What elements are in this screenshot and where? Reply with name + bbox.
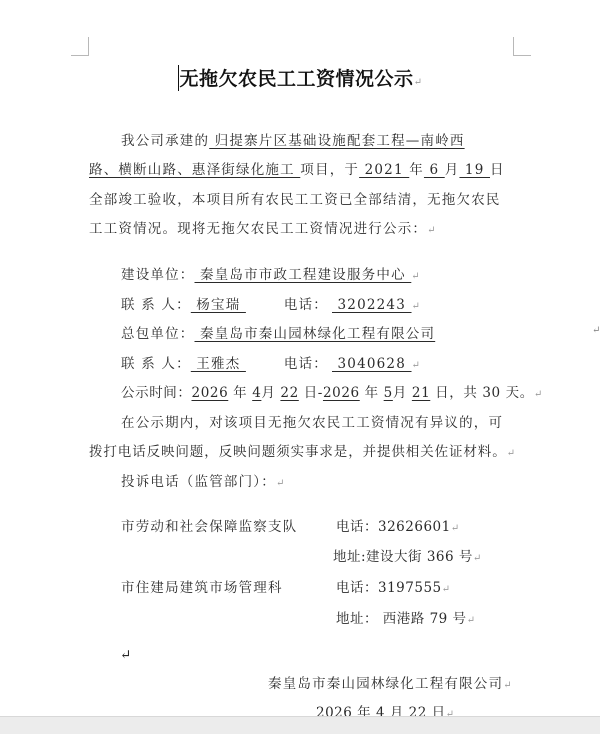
period-label: 公示时间：	[121, 385, 192, 401]
period-line: 公示时间：2026 年 4月 22 日-2026 年 5月 21 日，共 30 …	[121, 381, 543, 401]
paragraph-mark-icon: ↵	[276, 478, 286, 489]
completion-month: 6	[424, 162, 445, 178]
margin-corner-mark-top-left	[71, 37, 89, 56]
paragraph-mark-icon: ↵	[467, 615, 476, 626]
period-tail: 日，共 30 天。	[435, 385, 534, 401]
document-title[interactable]: 无拖欠农民工工资情况公示↵	[0, 64, 600, 91]
paragraph-mark-icon: ↵	[592, 325, 600, 336]
department-1-name: 市劳动和社会保障监察支队	[121, 515, 297, 535]
text: 工工资情况。现将无拖欠农民工工资情况进行公示：	[89, 221, 427, 237]
contact2-line: 联 系 人： 王雅杰 电话： 3040628 ↵	[121, 352, 421, 372]
text: 我公司承建的	[121, 133, 209, 149]
paragraph-mark-icon: ↵	[473, 553, 482, 564]
para1-line1: 我公司承建的 归提寨片区基础设施配套工程—南岭西	[121, 129, 465, 149]
contractor-value: 秦皇岛市秦山园林绿化工程有限公司	[195, 326, 436, 342]
builder-value: 秦皇岛市市政工程建设服务中心	[195, 267, 412, 283]
text: 月	[393, 385, 407, 401]
paragraph-mark-icon: ↵	[412, 301, 422, 312]
contractor-label: 总包单位：	[121, 326, 195, 342]
paragraph-mark-icon: ↵	[412, 360, 422, 371]
department-2-phone: 电话：3197555↵	[336, 576, 451, 596]
end-day: 21	[412, 385, 430, 401]
phone2-label: 电话：	[284, 356, 328, 372]
contact1-line: 联 系 人： 杨宝瑞 电话： 3202243 ↵	[121, 293, 421, 313]
paragraph-mark-icon: ↵	[442, 584, 451, 595]
paragraph-mark-icon: ↵	[451, 523, 460, 534]
para1-line4: 工工资情况。现将无拖欠农民工工资情况进行公示：↵	[89, 217, 437, 237]
signature-company: 秦皇岛市秦山园林绿化工程有限公司↵	[268, 672, 513, 692]
completion-year: 2021	[359, 162, 409, 178]
department-2-address: 地址： 西港路 79 号↵	[336, 607, 475, 627]
paragraph-mark-icon: ↵	[411, 271, 421, 282]
text: 日	[490, 162, 505, 178]
start-year: 2026	[192, 385, 229, 401]
builder-line: 建设单位： 秦皇岛市市政工程建设服务中心 ↵	[121, 263, 421, 283]
text: 投诉电话（监管部门）：	[121, 474, 276, 490]
text: 年	[409, 162, 424, 178]
text: 项目，于	[300, 162, 359, 178]
paragraph-mark-icon: ↵	[427, 225, 437, 236]
contractor-line: 总包单位： 秦皇岛市秦山园林绿化工程有限公司	[121, 322, 435, 342]
contact2-name: 王雅杰	[191, 356, 260, 372]
text: 年	[365, 385, 379, 401]
department-2-name: 市住建局建筑市场管理科	[121, 576, 283, 596]
para1-line2: 路、横断山路、惠泽街绿化施工 项目，于 2021 年 6 月 19 日	[89, 158, 505, 178]
document-page[interactable]: 无拖欠农民工工资情况公示↵ 我公司承建的 归提寨片区基础设施配套工程—南岭西 路…	[0, 0, 600, 716]
contact1-name: 杨宝瑞	[191, 297, 260, 313]
para2-line2: 拨打电话反映问题，反映问题须实事求是，并提供相关佐证材料。↵	[89, 440, 516, 460]
title-text: 无拖欠农民工工资情况公示	[180, 68, 414, 90]
phone2-value: 3040628	[328, 356, 412, 372]
text: 拨打电话反映问题，反映问题须实事求是，并提供相关佐证材料。	[89, 444, 507, 460]
text: 电话：32626601	[336, 519, 451, 535]
contact1-label: 联 系 人：	[121, 297, 191, 313]
text-cursor	[178, 65, 179, 91]
text: 日-	[304, 385, 323, 401]
start-month: 4	[252, 385, 261, 401]
phone1-value: 3202243	[328, 297, 412, 313]
text: 电话：3197555	[336, 580, 442, 596]
para2-line1: 在公示期内，对该项目无拖欠农民工工资情况有异议的，可	[121, 411, 503, 431]
para1-line3: 全部竣工验收，本项目所有农民工工资已全部结清，无拖欠农民	[89, 188, 501, 208]
margin-corner-mark-top-right	[513, 37, 531, 56]
start-day: 22	[280, 385, 298, 401]
paragraph-mark-icon: ↵	[507, 448, 516, 459]
end-month: 5	[384, 385, 393, 401]
text: 地址： 西港路 79 号	[336, 611, 467, 627]
complaint-label: 投诉电话（监管部门）：↵	[121, 470, 286, 490]
paragraph-mark-icon: ↵	[534, 389, 543, 400]
department-1-address: 地址:建设大街 366 号↵	[333, 545, 482, 565]
paragraph-mark-icon: ↵	[120, 647, 133, 663]
completion-day: 19	[459, 162, 490, 178]
project-name-cont: 路、横断山路、惠泽街绿化施工	[89, 162, 300, 178]
contact2-label: 联 系 人：	[121, 356, 191, 372]
text: 月	[445, 162, 460, 178]
phone1-label: 电话：	[284, 297, 328, 313]
project-name: 归提寨片区基础设施配套工程—南岭西	[209, 133, 464, 149]
text: 秦皇岛市秦山园林绿化工程有限公司	[268, 676, 503, 692]
builder-label: 建设单位：	[121, 267, 195, 283]
end-year: 2026	[323, 385, 360, 401]
text: 年	[233, 385, 247, 401]
text: 月	[261, 385, 275, 401]
department-1-phone: 电话：32626601↵	[336, 515, 460, 535]
paragraph-mark-icon: ↵	[414, 77, 423, 88]
page-gap-background	[0, 716, 600, 734]
text: 地址:建设大街 366 号	[333, 549, 473, 565]
paragraph-mark-icon: ↵	[503, 680, 513, 691]
